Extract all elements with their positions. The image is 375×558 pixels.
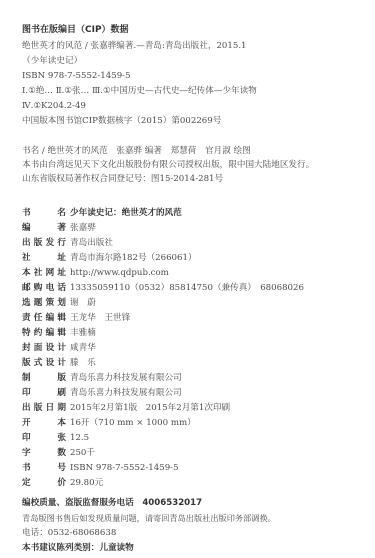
- detail-label: 编著: [22, 222, 66, 234]
- detail-label: 开本: [22, 417, 66, 429]
- cip-line-isbn: ISBN 978-7-5552-1459-5: [22, 70, 131, 82]
- detail-label: 印张: [22, 432, 66, 444]
- cip-line-title: 绝世英才的风范 / 张嘉骅编著.—青岛:青岛出版社，2015.1: [22, 40, 247, 52]
- copyright-page: 图书在版编目（CIP）数据 绝世英才的风范 / 张嘉骅编著.—青岛:青岛出版社，…: [0, 0, 375, 558]
- detail-label: 制版: [22, 372, 66, 384]
- detail-row-publisher: 出版发行青岛出版社: [22, 237, 113, 249]
- detail-value: 青岛乐喜力科技发展有限公司: [70, 387, 182, 399]
- detail-row-cover-design: 封面设计咸青华: [22, 342, 96, 354]
- detail-label: 封面设计: [22, 342, 66, 354]
- detail-label: 出版日期: [22, 402, 66, 414]
- detail-label: 印刷: [22, 387, 66, 399]
- detail-label: 定价: [22, 477, 66, 489]
- detail-row-editor: 责任编辑王龙华 王世锋: [22, 312, 130, 324]
- detail-row-website: 本社网址http://www.qdpub.com: [22, 267, 169, 279]
- detail-label: 书号: [22, 462, 66, 474]
- cip-heading: 图书在版编目（CIP）数据: [22, 24, 129, 36]
- detail-row-mail-order-phone: 邮购电话13335059110（0532）85814750（兼传真） 68068…: [22, 282, 304, 294]
- detail-value: 丰雅楠: [70, 327, 96, 339]
- detail-row-layout-design: 版式设计滕 乐: [22, 357, 96, 369]
- detail-label: 选题策划: [22, 297, 66, 309]
- detail-row-isbn: 书号ISBN 978-7-5552-1459-5: [22, 462, 179, 474]
- detail-row-author: 编著张嘉骅: [22, 222, 96, 234]
- detail-value: 青岛市海尔路182号（266061）: [70, 252, 197, 264]
- detail-label: 本社网址: [22, 267, 66, 279]
- detail-value: 2015年2月第1版 2015年2月第1次印刷: [70, 402, 230, 414]
- detail-row-planner: 选题策划谢 蔚: [22, 297, 96, 309]
- detail-label: 特约编辑: [22, 327, 66, 339]
- rights-line-credits: 书名 / 绝世英才的风范 张嘉骅 编著 郑慧荷 官月淑 绘图: [22, 145, 251, 157]
- detail-row-word-count: 字数250千: [22, 447, 95, 459]
- detail-row-special-editor: 特约编辑丰雅楠: [22, 327, 96, 339]
- after-sales-notice: 青岛版图书售后如发现质量问题，请寄回青岛出版社出版印务部调换。: [22, 512, 276, 524]
- detail-value: 谢 蔚: [70, 297, 96, 309]
- detail-value: 王龙华 王世锋: [70, 312, 130, 324]
- quality-hotline: 编校质量、盗版监督服务电话 4006532017: [22, 497, 202, 509]
- detail-value: 滕 乐: [70, 357, 96, 369]
- detail-label: 出版发行: [22, 237, 66, 249]
- detail-label: 社址: [22, 252, 66, 264]
- cip-line-classification: Ⅳ.①K204.2-49: [22, 100, 86, 112]
- detail-row-publish-date: 出版日期2015年2月第1版 2015年2月第1次印刷: [22, 402, 230, 414]
- detail-value: 12.5: [70, 432, 89, 444]
- detail-value: 250千: [70, 447, 95, 459]
- detail-row-printing: 印刷青岛乐喜力科技发展有限公司: [22, 387, 182, 399]
- detail-row-plate-making: 制版青岛乐喜力科技发展有限公司: [22, 372, 182, 384]
- cip-line-subjects: Ⅰ.①绝… Ⅱ.①张… Ⅲ.①中国历史—古代史—纪传体—少年读物: [22, 85, 257, 97]
- rights-line-authorization: 本书由台湾远见天下文化出版股份有限公司授权出版，限中国大陆地区发行。: [22, 159, 314, 171]
- detail-row-format: 开本16开（710 mm × 1000 mm）: [22, 417, 196, 429]
- detail-value: 咸青华: [70, 342, 96, 354]
- detail-row-address: 社址青岛市海尔路182号（266061）: [22, 252, 197, 264]
- detail-label: 书名: [22, 207, 66, 219]
- service-phone: 电话：0532-68068638: [22, 527, 116, 539]
- detail-value: 张嘉骅: [70, 222, 96, 234]
- detail-label: 版式设计: [22, 357, 66, 369]
- detail-value: ISBN 978-7-5552-1459-5: [70, 462, 179, 474]
- detail-value: 青岛乐喜力科技发展有限公司: [70, 372, 182, 384]
- rights-line-registration: 山东省版权局著作权合同登记号：图15-2014-281号: [22, 173, 223, 185]
- cip-line-record-number: 中国版本图书馆CIP数据核字（2015）第002269号: [22, 115, 221, 127]
- detail-label: 字数: [22, 447, 66, 459]
- detail-label: 邮购电话: [22, 282, 66, 294]
- detail-value: 13335059110（0532）85814750（兼传真） 68068026: [70, 282, 304, 294]
- display-category: 本书建议陈列类别：儿童读物: [22, 542, 134, 554]
- detail-row-title: 书名少年读史记：绝世英才的风范: [22, 207, 182, 219]
- detail-value: 少年读史记：绝世英才的风范: [70, 207, 182, 219]
- detail-label: 责任编辑: [22, 312, 66, 324]
- detail-value: http://www.qdpub.com: [70, 267, 169, 279]
- detail-value: 青岛出版社: [70, 237, 113, 249]
- cip-line-series: （少年读史记）: [22, 55, 82, 67]
- detail-row-sheets: 印张12.5: [22, 432, 89, 444]
- detail-value: 16开（710 mm × 1000 mm）: [70, 417, 196, 429]
- detail-row-price: 定价29.80元: [22, 477, 103, 489]
- detail-value: 29.80元: [70, 477, 103, 489]
